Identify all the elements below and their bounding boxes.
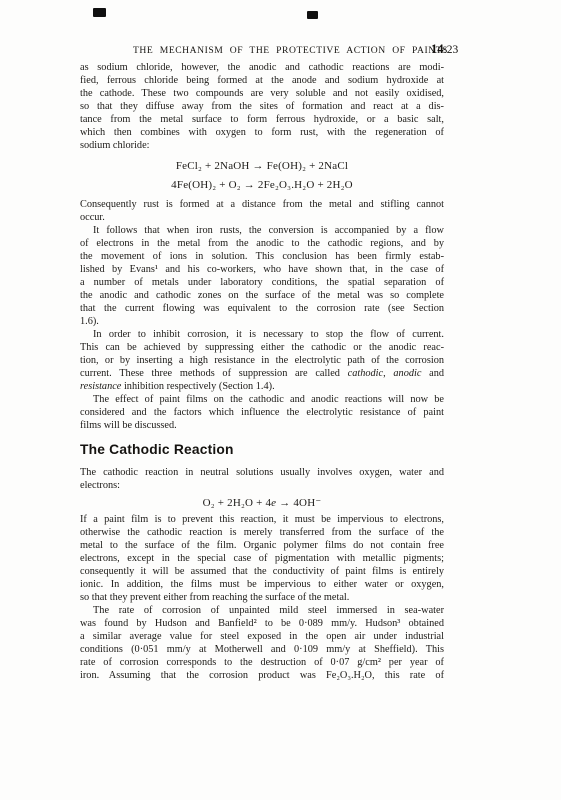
text-line: electrons, except in the special case of… bbox=[80, 552, 444, 565]
text-line: was found by Hudson and Banfield² to be … bbox=[80, 617, 444, 630]
text-line: the movement of ions in solution. This c… bbox=[80, 250, 444, 263]
page-number: 14:23 bbox=[431, 42, 458, 57]
text-line: In order to inhibit corrosion, it is nec… bbox=[80, 328, 444, 341]
body-paragraph: The effect of paint films on the cathodi… bbox=[80, 393, 444, 432]
text-line: tion, or by inserting a high resistance … bbox=[80, 354, 444, 367]
text-line: 1.6). bbox=[80, 315, 444, 328]
text-line: occur. bbox=[80, 211, 444, 224]
text-line: tance from the metal surface to form fer… bbox=[80, 113, 444, 126]
text-line: The rate of corrosion of unpainted mild … bbox=[80, 604, 444, 617]
text-line: iron. Assuming that the corrosion produc… bbox=[80, 669, 444, 682]
text-line: so that they prevent either from reachin… bbox=[80, 591, 444, 604]
section-heading: The Cathodic Reaction bbox=[80, 442, 444, 458]
body-paragraph: In order to inhibit corrosion, it is nec… bbox=[80, 328, 444, 393]
text-line: current. These three methods of suppress… bbox=[80, 367, 444, 380]
chapter-number: 14 bbox=[431, 42, 444, 56]
text-line: ionic. In addition, the films must be im… bbox=[80, 578, 444, 591]
chemical-equation: 4Fe(OH)₂ + O₂ → 2Fe₂O₃.H₂O + 2H₂O bbox=[80, 176, 444, 195]
equation-group: O₂ + 2H₂O + 4e → 4OH⁻ bbox=[80, 496, 444, 511]
page-body: as sodium chloride, however, the anodic … bbox=[80, 61, 444, 682]
body-paragraph: It follows that when iron rusts, the con… bbox=[80, 224, 444, 328]
text-line: electrons: bbox=[80, 479, 444, 492]
text-line: metal to the surface of the film. Organi… bbox=[80, 539, 444, 552]
text-line: fied, ferrous chloride being formed at t… bbox=[80, 74, 444, 87]
text-line: consequently it will be assumed that the… bbox=[80, 565, 444, 578]
text-line: conditions (0·051 mm/y at Motherwell and… bbox=[80, 643, 444, 656]
scan-artifact-mark bbox=[93, 8, 106, 17]
text-line: lished by Evans¹ and his co-workers, who… bbox=[80, 263, 444, 276]
text-line: the cathode. These two compounds are ver… bbox=[80, 87, 444, 100]
text-line: otherwise the cathodic reaction is merel… bbox=[80, 526, 444, 539]
text-line: If a paint film is to prevent this react… bbox=[80, 513, 444, 526]
text-line: The effect of paint films on the cathodi… bbox=[80, 393, 444, 406]
chemical-equation: FeCl₂ + 2NaOH → Fe(OH)₂ + 2NaCl bbox=[80, 157, 444, 176]
text-line: This can be achieved by suppressing eith… bbox=[80, 341, 444, 354]
body-paragraph: as sodium chloride, however, the anodic … bbox=[80, 61, 444, 152]
text-line: a similar average value for steel expose… bbox=[80, 630, 444, 643]
text-line: The cathodic reaction in neutral solutio… bbox=[80, 466, 444, 479]
text-line: considered and the factors which influen… bbox=[80, 406, 444, 419]
equation-group: FeCl₂ + 2NaOH → Fe(OH)₂ + 2NaCl4Fe(OH)₂ … bbox=[80, 157, 444, 195]
text-line: resistance inhibition respectively (Sect… bbox=[80, 380, 444, 393]
body-paragraph: The rate of corrosion of unpainted mild … bbox=[80, 604, 444, 682]
body-paragraph: Consequently rust is formed at a distanc… bbox=[80, 198, 444, 224]
body-paragraph: The cathodic reaction in neutral solutio… bbox=[80, 466, 444, 492]
page-number-value: 23 bbox=[447, 44, 459, 56]
text-line: films will be discussed. bbox=[80, 419, 444, 432]
text-line: as sodium chloride, however, the anodic … bbox=[80, 61, 444, 74]
text-line: that the current flowing was equivalent … bbox=[80, 302, 444, 315]
scan-artifact-mark bbox=[307, 11, 318, 19]
text-line: It follows that when iron rusts, the con… bbox=[80, 224, 444, 237]
text-line: of electrons in the metal from the anodi… bbox=[80, 237, 444, 250]
running-head-title: THE MECHANISM OF THE PROTECTIVE ACTION O… bbox=[133, 45, 448, 56]
body-paragraph: If a paint film is to prevent this react… bbox=[80, 513, 444, 604]
text-line: which then combines with oxygen to form … bbox=[80, 126, 444, 139]
text-line: a number of metals under laboratory cond… bbox=[80, 276, 444, 289]
text-line: the anodic and cathodic zones on the sur… bbox=[80, 289, 444, 302]
book-page: THE MECHANISM OF THE PROTECTIVE ACTION O… bbox=[0, 0, 561, 800]
text-line: so that they diffuse away from the sites… bbox=[80, 100, 444, 113]
chemical-equation: O₂ + 2H₂O + 4e → 4OH⁻ bbox=[80, 496, 444, 511]
text-line: Consequently rust is formed at a distanc… bbox=[80, 198, 444, 211]
text-line: sodium chloride: bbox=[80, 139, 444, 152]
text-line: rate of corrosion corresponds to the des… bbox=[80, 656, 444, 669]
